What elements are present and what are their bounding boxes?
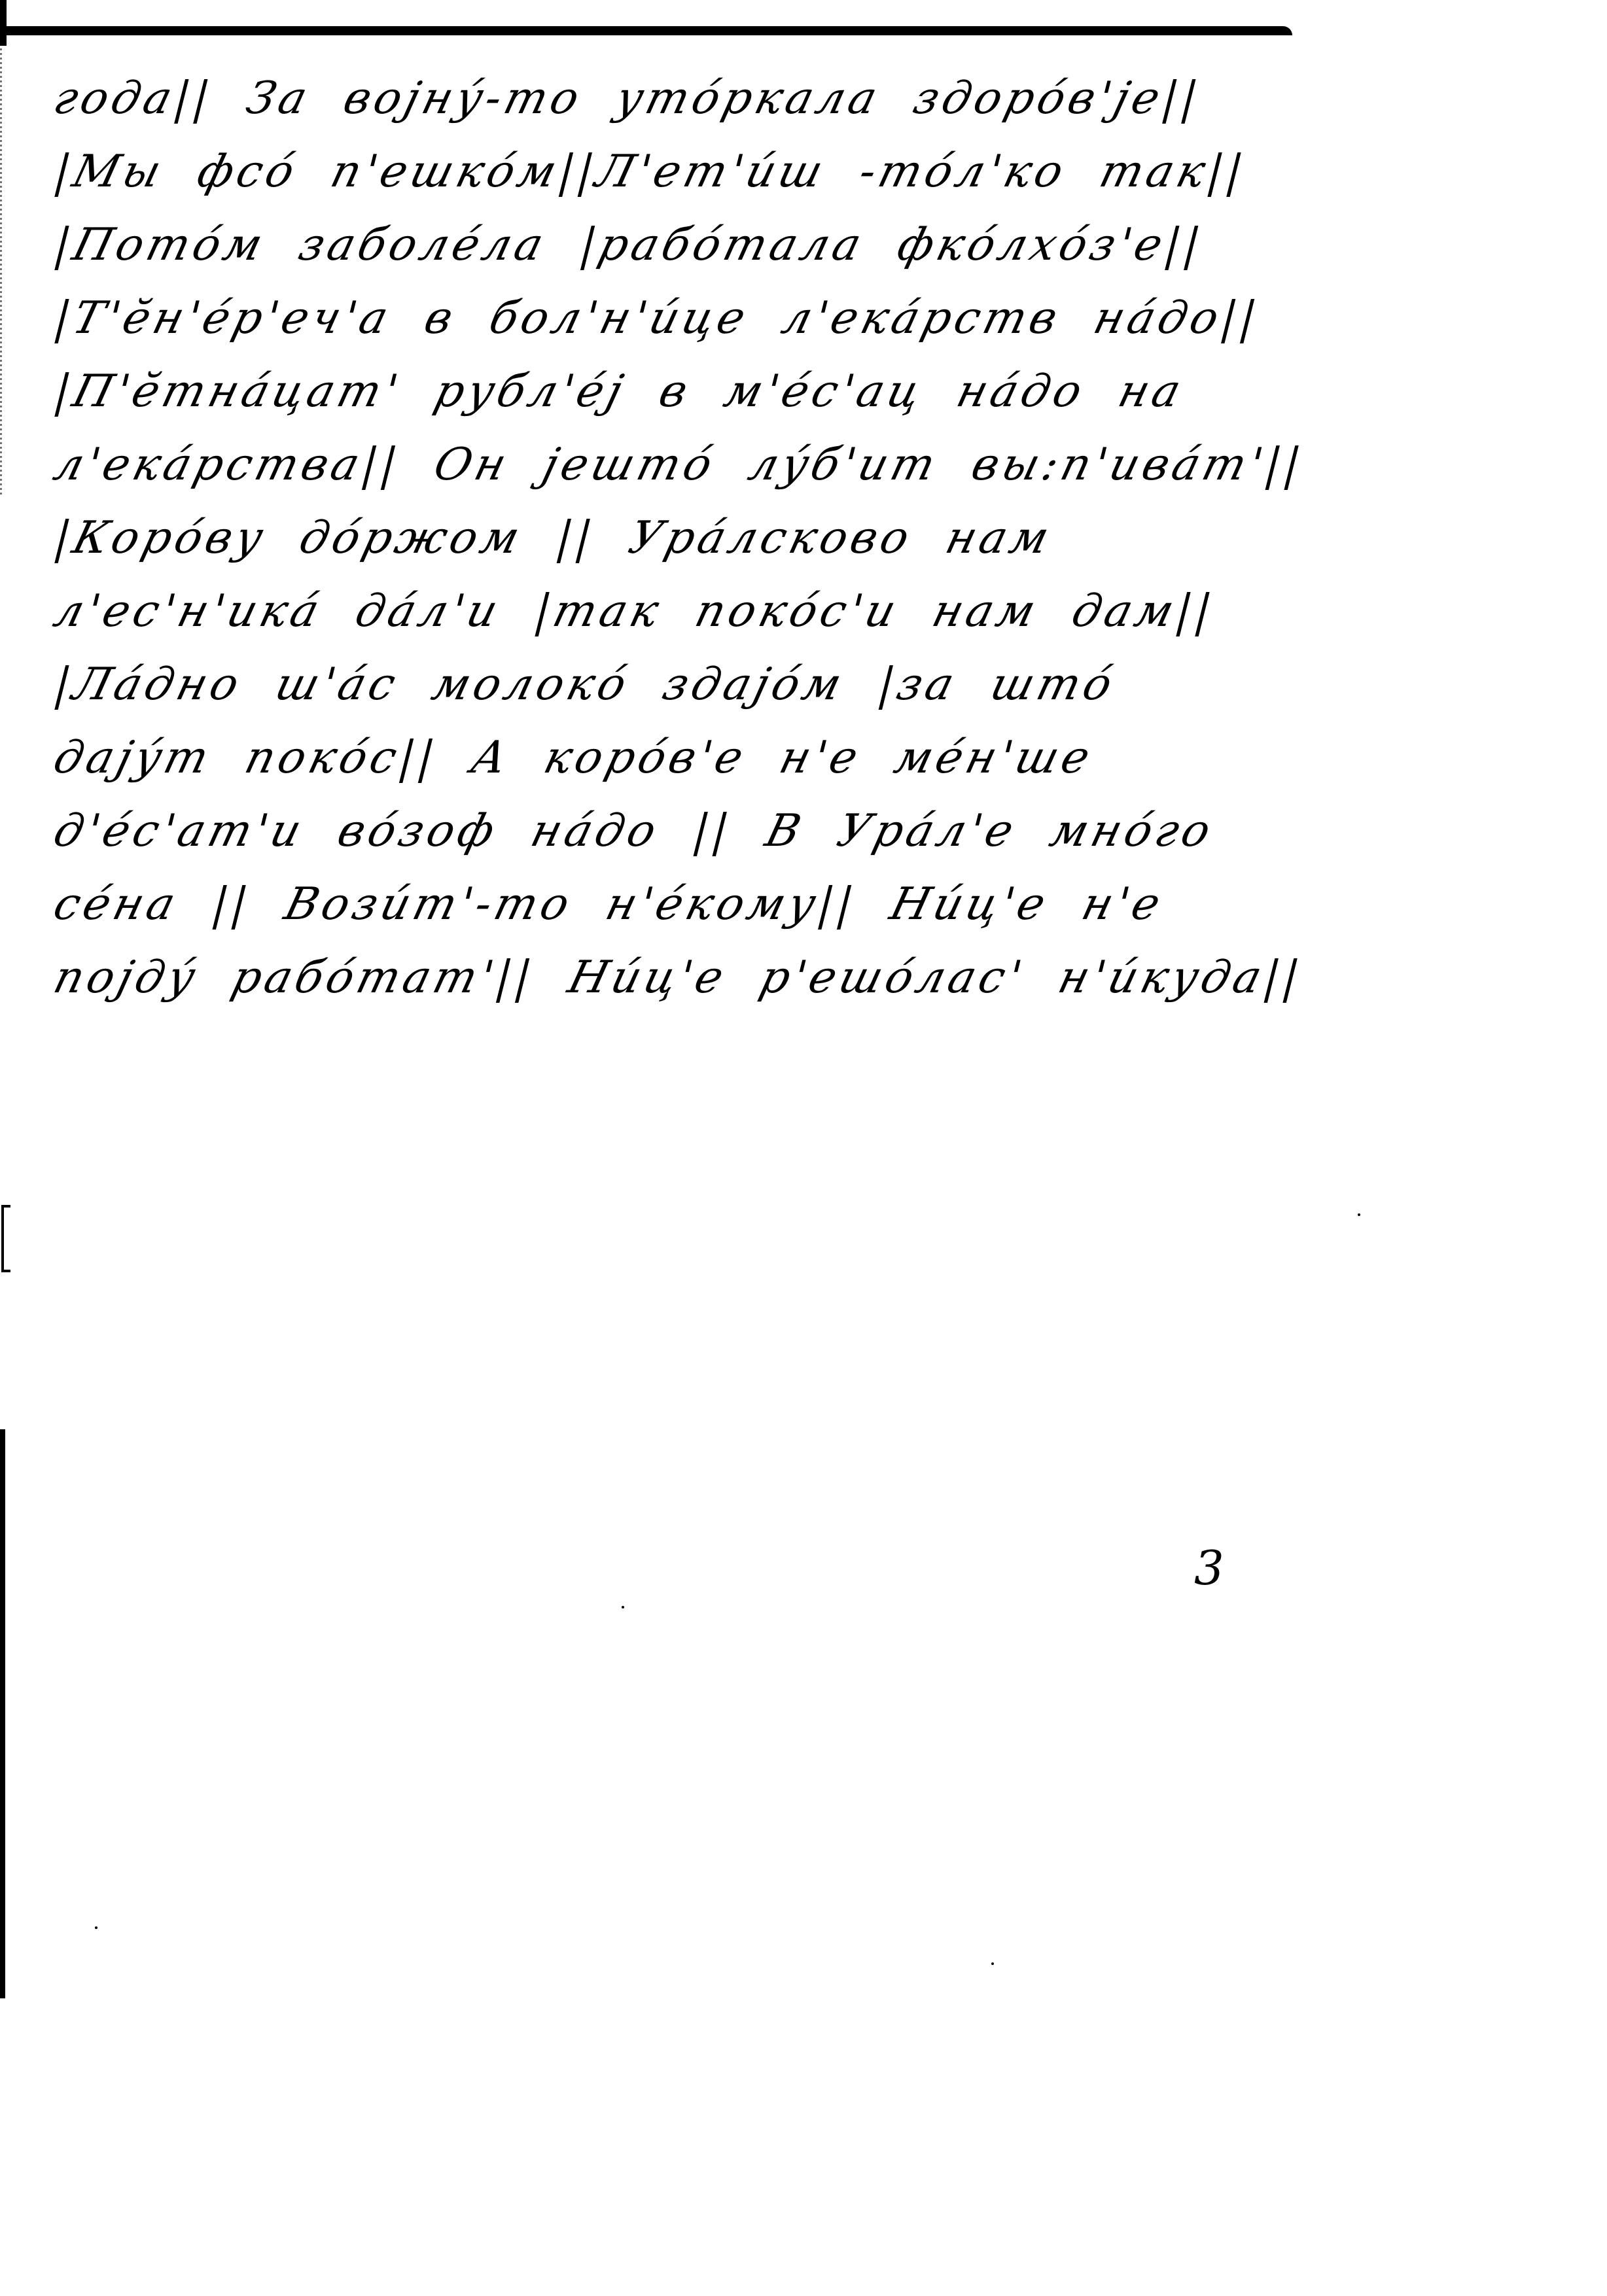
scan-speck [991,1962,994,1965]
scan-speck [622,1606,624,1609]
text-line: л'ека́рства|| Он jешто́ лу́б'ит вы:п'ива… [46,428,1320,502]
scan-edge-bracket [1,1205,10,1272]
text-line: |Коро́ву до́ржом || Ура́лсково нам [46,502,1320,575]
text-line: |Т'ӗн'е́р'еч'а в бол'н'и́це л'ека́рств н… [46,282,1320,355]
scan-speck [95,1926,97,1929]
scan-edge-noise [0,39,2,497]
scan-edge-bar [0,1429,5,1998]
text-line: се́на || Вози́т'-то н'е́кому|| Ни́ц'е н'… [46,868,1320,941]
document-page: года|| За вojну́-то уто́ркала здоро́в'jе… [0,0,1607,2296]
text-line: |Пото́м заболе́ла |рабо́тала фко́лхо́з'е… [46,209,1320,282]
handwritten-transcript: года|| За вojну́-то уто́ркала здоро́в'jе… [46,62,1302,1015]
text-line: года|| За вojну́-то уто́ркала здоро́в'jе… [46,62,1320,135]
text-line: |Мы фсо́ п'ешко́м||Л'ет'и́ш -то́л'ко так… [46,135,1320,209]
text-line: даjу́т поко́с|| А коро́в'е н'е ме́н'ше [46,722,1320,795]
text-line: д'е́с'ат'и во́зоф на́до || В Ура́л'е мно… [46,795,1320,868]
text-line: л'ес'н'ика́ да́л'и |так поко́с'и нам дам… [46,575,1320,648]
text-line: |Ла́дно ш'а́с молоко́ здаjо́м |за што́ [46,648,1320,722]
page-number: 3 [1194,1540,1224,1595]
scan-speck [1358,1213,1360,1216]
top-ruled-bar [0,26,1292,35]
text-line: |П'ӗтна́цат' рубл'е́j в м'е́с'ац на́до н… [46,355,1320,428]
text-line: поjду́ рабо́тат'|| Ни́ц'е р'ешо́лас' н'и… [46,941,1320,1015]
